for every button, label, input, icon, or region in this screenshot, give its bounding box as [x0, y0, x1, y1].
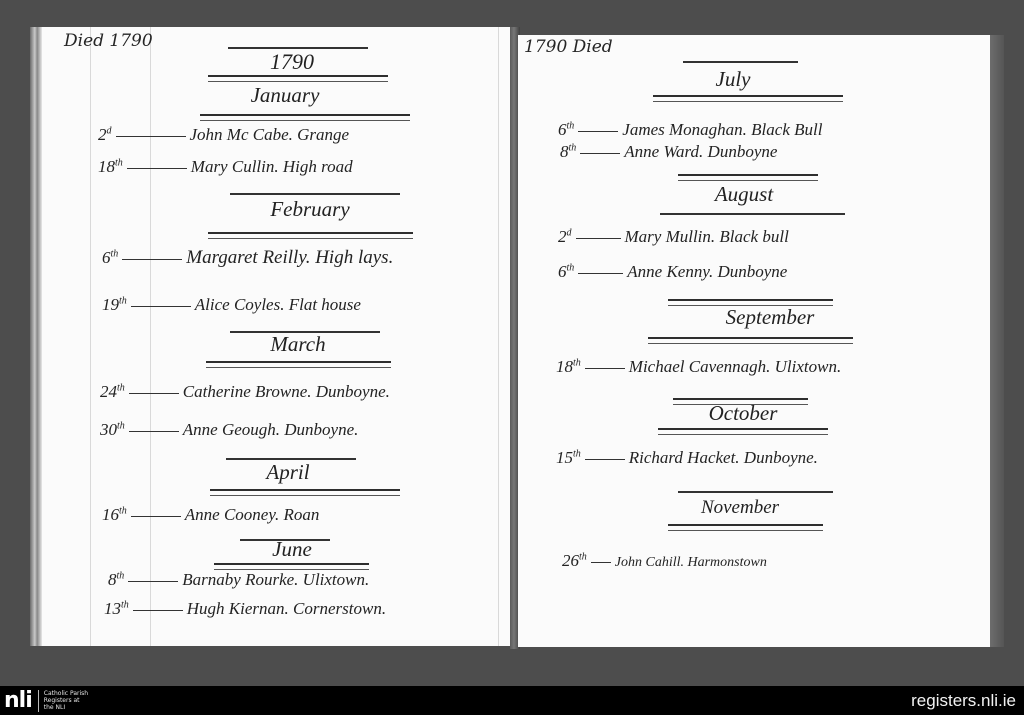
register-entry: 8thAnne Ward. Dunboyne [560, 142, 777, 162]
heading-rule [658, 428, 828, 435]
month-heading: January [251, 83, 320, 108]
heading-rule [230, 193, 400, 195]
register-entry: 13thHugh Kiernan. Cornerstown. [104, 599, 386, 619]
heading-rule [208, 75, 388, 82]
nli-logo[interactable]: nli Catholic Parish Registers at the NLI [4, 689, 94, 712]
heading-rule [210, 489, 400, 496]
heading-rule [206, 361, 391, 368]
heading-rule [683, 61, 798, 63]
heading-rule [214, 563, 369, 570]
register-entry: 18thMichael Cavennagh. Ulixtown. [556, 357, 841, 377]
site-link[interactable]: registers.nli.ie [911, 691, 1016, 711]
register-entry: 19thAlice Coyles. Flat house [102, 295, 361, 315]
heading-rule [208, 232, 413, 239]
register-entry: 6thJames Monaghan. Black Bull [558, 120, 822, 140]
heading-rule [200, 114, 410, 121]
heading-rule [678, 491, 833, 493]
month-heading: September [726, 305, 815, 330]
register-entry: 8thBarnaby Rourke. Ulixtown. [108, 570, 369, 590]
heading-rule [668, 524, 823, 531]
month-heading: July [716, 67, 751, 92]
heading-rule [660, 213, 845, 215]
register-entry: 26thJohn Cahill. Harmonstown [562, 551, 767, 571]
month-heading: June [272, 537, 312, 562]
register-entry: 2dJohn Mc Cabe. Grange [98, 125, 349, 145]
page-corner-note: 1790 Died [524, 37, 613, 57]
page-corner-note: Died 1790 [64, 31, 153, 51]
heading-rule [678, 174, 818, 181]
register-entry: 2dMary Mullin. Black bull [558, 227, 789, 247]
margin-rule [498, 27, 499, 646]
month-heading: August [715, 182, 773, 207]
month-heading: November [701, 497, 779, 519]
register-image-viewer: Died 1790 1790 January 2dJohn Mc Cabe. G… [0, 0, 1024, 686]
nli-logo-text: Catholic Parish Registers at the NLI [39, 690, 94, 711]
register-entry: 6thAnne Kenny. Dunboyne [558, 262, 787, 282]
year-heading: 1790 [270, 49, 314, 75]
month-heading: October [709, 401, 778, 426]
left-page: Died 1790 1790 January 2dJohn Mc Cabe. G… [30, 27, 513, 646]
register-entry: 24thCatherine Browne. Dunboyne. [100, 382, 390, 402]
register-entry: 30thAnne Geough. Dunboyne. [100, 420, 358, 440]
margin-rule [90, 27, 91, 646]
right-page: 1790 Died July 6thJames Monaghan. Black … [518, 35, 990, 647]
page-edge [990, 35, 1004, 647]
nli-logo-mark: nli [4, 690, 39, 712]
margin-rule [150, 27, 151, 646]
heading-rule [648, 337, 853, 344]
footer-bar: nli Catholic Parish Registers at the NLI… [0, 686, 1024, 715]
register-entry: 18thMary Cullin. High road [98, 157, 353, 177]
page-edge [30, 27, 42, 646]
register-entry: 15thRichard Hacket. Dunboyne. [556, 448, 818, 468]
month-heading: March [270, 332, 325, 357]
register-entry: 16thAnne Cooney. Roan [102, 505, 319, 525]
month-heading: April [266, 460, 309, 485]
register-entry: 6thMargaret Reilly. High lays. [102, 247, 393, 269]
heading-rule [653, 95, 843, 102]
month-heading: February [270, 197, 349, 222]
